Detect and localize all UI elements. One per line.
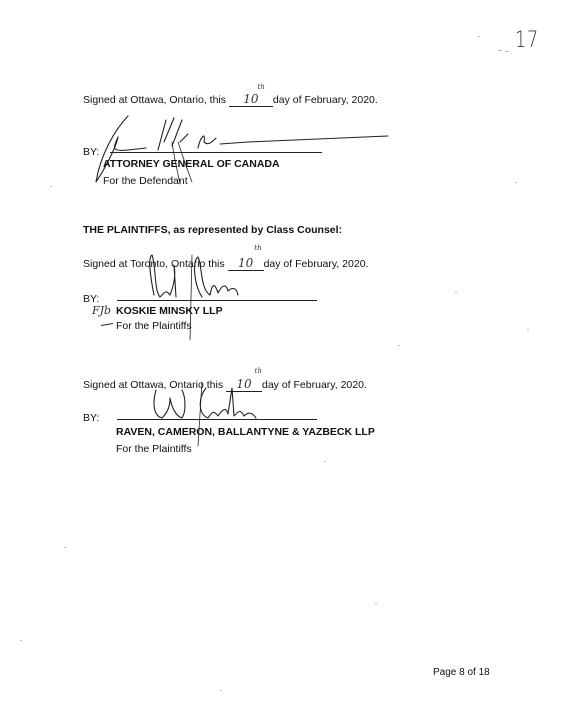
party-name: KOSKIE MINSKY LLP [116, 305, 223, 317]
defendant-signed-line: Signed at Ottawa, Ontario, this 10thday … [83, 92, 378, 107]
page-number: Page 8 of 18 [433, 667, 490, 678]
day-suffix-handwritten: th [258, 83, 265, 91]
day-blank: 10th [229, 92, 273, 107]
plaintiffs-heading: THE PLAINTIFFS, as represented by Class … [83, 224, 342, 236]
page-marker: 17 [515, 28, 539, 53]
party-name: ATTORNEY GENERAL OF CANADA [103, 158, 280, 170]
by-label: BY: [83, 412, 99, 424]
party-role: For the Plaintiffs [116, 320, 192, 332]
initials-handwritten: FJb [92, 304, 111, 317]
party-role: For the Plaintiffs [116, 443, 192, 455]
party-name: RAVEN, CAMERON, BALLANTYNE & YAZBECK LLP [116, 426, 375, 438]
signed-suffix: day of February, 2020. [262, 379, 367, 391]
day-handwritten: 10 [243, 92, 258, 106]
signed-prefix: Signed at Ottawa, Ontario, this [83, 94, 226, 106]
hand-mark [101, 323, 113, 326]
signed-suffix: day of February, 2020. [273, 94, 378, 106]
party-role: For the Defendant [103, 175, 188, 187]
